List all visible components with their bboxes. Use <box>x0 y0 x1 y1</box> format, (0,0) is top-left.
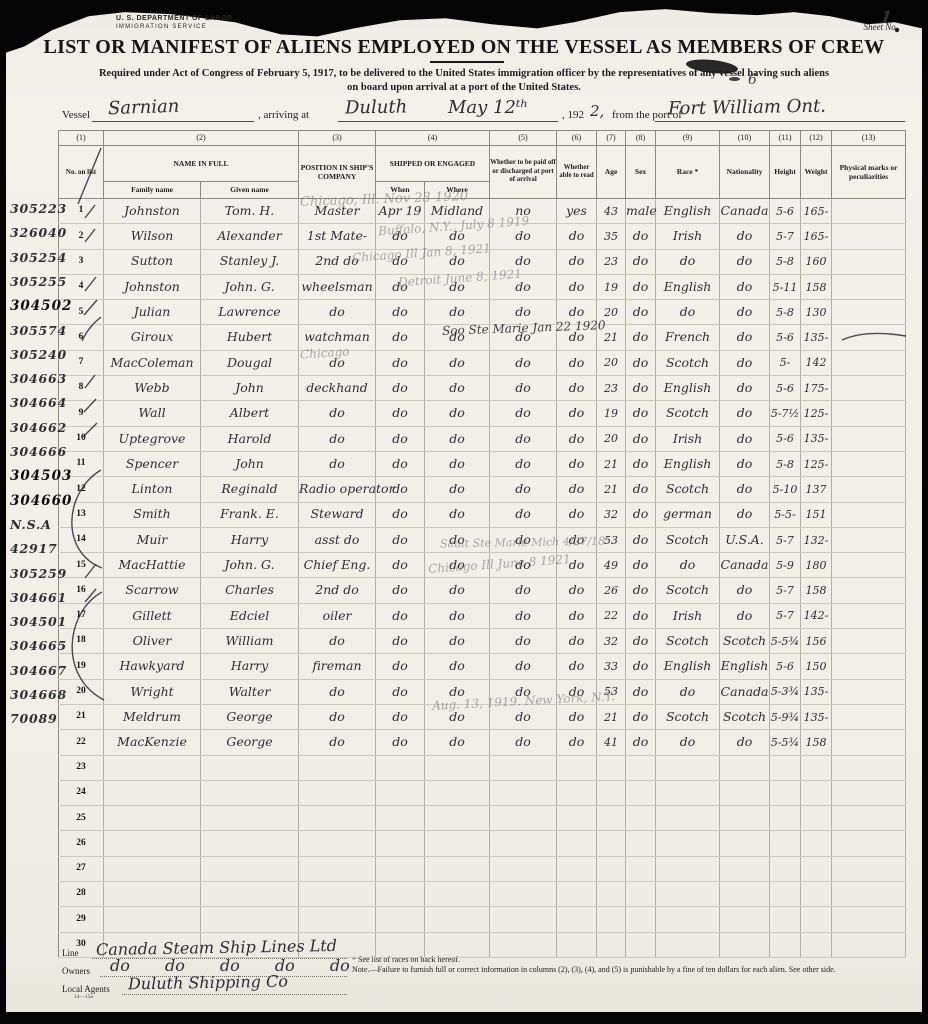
cell-sex: do <box>626 274 656 299</box>
arrival-port: Duluth <box>345 96 408 118</box>
cell-family: MacKenzie <box>104 730 201 755</box>
cell-weight <box>801 806 832 831</box>
cell-nationality: do <box>720 274 770 299</box>
table-row: 23 <box>59 755 906 780</box>
cell-given <box>201 780 299 805</box>
cell-weight: 125- <box>801 401 832 426</box>
cell-weight <box>801 856 832 881</box>
cell-height: 5-6 <box>770 325 801 350</box>
cell-no: 27 <box>59 856 104 881</box>
cell-position <box>299 806 376 831</box>
cell-nationality: U.S.A. <box>720 527 770 552</box>
table-row: 27 <box>59 856 906 881</box>
cell-when: do <box>376 578 425 603</box>
cell-race: german <box>656 502 720 527</box>
cell-weight: 151 <box>801 502 832 527</box>
cell-height: 5-3¾ <box>770 679 801 704</box>
margin-id: 305255 <box>10 274 56 289</box>
cell-age: 41 <box>597 730 626 755</box>
cell-read <box>557 907 597 932</box>
cell-height: 5-7½ <box>770 401 801 426</box>
cell-marks <box>832 325 906 350</box>
margin-id: 326040 <box>10 225 56 240</box>
cell-no: 24 <box>59 780 104 805</box>
cell-given: Dougal <box>201 350 299 375</box>
cell-when <box>376 755 425 780</box>
cell-sex: do <box>626 502 656 527</box>
cell-where: do <box>425 730 490 755</box>
cell-age: 33 <box>597 654 626 679</box>
cell-sex: do <box>626 401 656 426</box>
cell-height <box>770 907 801 932</box>
col-header-nationality: Nationality <box>720 146 770 199</box>
form-code: 14—15a <box>74 994 93 1000</box>
cell-race <box>656 780 720 805</box>
cell-sex <box>626 932 656 957</box>
cell-given: Alexander <box>201 224 299 249</box>
cell-marks <box>832 882 906 907</box>
cell-paid: do <box>490 578 557 603</box>
cell-where: do <box>425 451 490 476</box>
cell-family <box>104 856 201 881</box>
cell-marks <box>832 755 906 780</box>
cell-family: Linton <box>104 477 201 502</box>
agents-rule <box>122 993 347 995</box>
col-header-race: Race * <box>656 146 720 199</box>
cell-read <box>557 780 597 805</box>
cell-height: 5-5¾ <box>770 730 801 755</box>
cell-age: 20 <box>597 426 626 451</box>
cell-when: do <box>376 350 425 375</box>
margin-id: 42917 <box>10 541 56 556</box>
penalty-note: Note.—Failure to furnish full or correct… <box>352 965 836 976</box>
cell-sex: do <box>626 350 656 375</box>
cell-read: do <box>557 451 597 476</box>
margin-id: 304668 <box>10 687 56 702</box>
cell-read: do <box>557 426 597 451</box>
cell-when: do <box>376 426 425 451</box>
table-row: 7MacColemanDougaldododododo20doScotchdo5… <box>59 350 906 375</box>
cell-age <box>597 806 626 831</box>
cell-marks <box>832 679 906 704</box>
cell-age <box>597 780 626 805</box>
cell-sex: do <box>626 629 656 654</box>
cell-paid: do <box>490 654 557 679</box>
cell-marks <box>832 654 906 679</box>
cell-race <box>656 856 720 881</box>
cell-marks <box>832 553 906 578</box>
cell-sex: do <box>626 553 656 578</box>
col-num-9: (9) <box>656 131 720 146</box>
ink-smudge <box>729 77 740 81</box>
cell-position: oiler <box>299 603 376 628</box>
cell-nationality <box>720 907 770 932</box>
table-row: 17GillettEdcieloilerdodododo22doIrishdo5… <box>59 603 906 628</box>
cell-weight: 135- <box>801 679 832 704</box>
scanned-manifest-page: U. S. DEPARTMENT OF LABOR IMMIGRATION SE… <box>0 0 928 1024</box>
cell-nationality <box>720 932 770 957</box>
cell-sex <box>626 780 656 805</box>
cell-age: 35 <box>597 224 626 249</box>
cell-where <box>425 882 490 907</box>
cell-family: Wall <box>104 401 201 426</box>
owners-label: Owners <box>62 966 90 976</box>
cell-race: Scotch <box>656 401 720 426</box>
cell-family <box>104 831 201 856</box>
cell-weight <box>801 780 832 805</box>
cell-where: do <box>425 426 490 451</box>
cell-no: 28 <box>59 882 104 907</box>
cell-height: 5-8 <box>770 300 801 325</box>
cell-age: 21 <box>597 704 626 729</box>
cell-position: 1st Mate- <box>299 224 376 249</box>
cell-given: Harry <box>201 654 299 679</box>
cell-family: Julian <box>104 300 201 325</box>
cell-marks <box>832 527 906 552</box>
table-row: 22MacKenzieGeorgedododododo41dododo5-5¾1… <box>59 730 906 755</box>
cell-family <box>104 882 201 907</box>
cell-weight: 158 <box>801 578 832 603</box>
cell-sex: do <box>626 679 656 704</box>
page-title: LIST OR MANIFEST OF ALIENS EMPLOYED ON T… <box>0 36 928 59</box>
col-header-weight: Weight <box>801 146 832 199</box>
cell-marks <box>832 401 906 426</box>
col-header-name: NAME IN FULL <box>104 146 299 182</box>
cell-race: Scotch <box>656 704 720 729</box>
cell-where: do <box>425 376 490 401</box>
cell-weight: 165- <box>801 199 832 224</box>
cell-given: William <box>201 629 299 654</box>
cell-position: wheelsman <box>299 274 376 299</box>
cell-sex: male <box>626 199 656 224</box>
cell-marks <box>832 780 906 805</box>
cell-sex: do <box>626 527 656 552</box>
cell-height <box>770 831 801 856</box>
cell-when: do <box>376 401 425 426</box>
cell-when: do <box>376 376 425 401</box>
cell-age: 49 <box>597 553 626 578</box>
cell-marks <box>832 502 906 527</box>
cell-age: 20 <box>597 350 626 375</box>
margin-id: 304665 <box>10 638 56 653</box>
margin-id: 305223 <box>10 201 56 216</box>
cell-given: John <box>201 451 299 476</box>
cell-paid: do <box>490 401 557 426</box>
cell-no: 21 <box>59 704 104 729</box>
arrival-underline <box>338 121 558 122</box>
cell-family: Wright <box>104 679 201 704</box>
col-num-2: (2) <box>104 131 299 146</box>
cell-position: do <box>299 426 376 451</box>
dept-line2: IMMIGRATION SERVICE <box>116 24 233 32</box>
cell-age: 19 <box>597 274 626 299</box>
cell-height <box>770 806 801 831</box>
cell-position: Chief Eng. <box>299 553 376 578</box>
cell-height: 5-6 <box>770 376 801 401</box>
cell-when: do <box>376 502 425 527</box>
cell-paid: do <box>490 350 557 375</box>
table-row: 8WebbJohndeckhanddodododo23doEnglishdo5-… <box>59 376 906 401</box>
cell-sex: do <box>626 654 656 679</box>
cell-nationality: do <box>720 350 770 375</box>
cell-family <box>104 806 201 831</box>
margin-id: 304667 <box>10 663 56 678</box>
col-header-read: Whether able to read <box>557 146 597 199</box>
agents-value: Duluth Shipping Co <box>128 972 288 994</box>
cell-weight: 137 <box>801 477 832 502</box>
cell-height: 5-5¾ <box>770 629 801 654</box>
cell-nationality: Canada <box>720 679 770 704</box>
cell-paid: do <box>490 451 557 476</box>
origin-port: Fort William Ont. <box>668 96 826 120</box>
cell-height: 5-8 <box>770 249 801 274</box>
margin-id: 304662 <box>10 420 56 435</box>
cell-race: Scotch <box>656 629 720 654</box>
cell-read <box>557 856 597 881</box>
cell-paid: do <box>490 376 557 401</box>
cell-weight: 135- <box>801 325 832 350</box>
col-num-6: (6) <box>557 131 597 146</box>
cell-age <box>597 882 626 907</box>
vessel-label: Vessel <box>62 109 90 121</box>
cell-read: do <box>557 401 597 426</box>
cell-position: do <box>299 451 376 476</box>
cell-position <box>299 780 376 805</box>
cell-given: Charles <box>201 578 299 603</box>
cell-marks <box>832 350 906 375</box>
table-row: 10UptegroveHarolddododododo20doIrishdo5-… <box>59 426 906 451</box>
cell-family: Webb <box>104 376 201 401</box>
cell-height <box>770 780 801 805</box>
cell-age: 19 <box>597 401 626 426</box>
cell-sex: do <box>626 578 656 603</box>
cell-position: do <box>299 300 376 325</box>
cell-nationality: do <box>720 401 770 426</box>
cell-marks <box>832 477 906 502</box>
cell-height: 5-9¾ <box>770 704 801 729</box>
col-num-7: (7) <box>597 131 626 146</box>
margin-id: 304503 <box>10 468 56 484</box>
margin-id: 304501 <box>10 614 56 629</box>
cell-where <box>425 932 490 957</box>
dept-line1: U. S. DEPARTMENT OF LABOR <box>116 15 233 24</box>
col-num-10: (10) <box>720 131 770 146</box>
cell-weight: 142- <box>801 603 832 628</box>
cell-nationality: do <box>720 325 770 350</box>
col-num-5: (5) <box>490 131 557 146</box>
vessel-underline <box>92 121 254 122</box>
col-header-paid: Whether to be paid off or discharged at … <box>490 146 557 199</box>
cell-paid: do <box>490 629 557 654</box>
cell-weight: 160 <box>801 249 832 274</box>
cell-nationality: do <box>720 730 770 755</box>
col-num-1: (1) <box>59 131 104 146</box>
cell-family: Johnston <box>104 199 201 224</box>
col-header-marks: Physical marks or peculiarities <box>832 146 906 199</box>
cell-position: do <box>299 401 376 426</box>
cell-read <box>557 755 597 780</box>
cell-marks <box>832 603 906 628</box>
cell-weight <box>801 882 832 907</box>
cell-given: Tom. H. <box>201 199 299 224</box>
cell-given: Lawrence <box>201 300 299 325</box>
cell-age: 26 <box>597 578 626 603</box>
cell-family: Gillett <box>104 603 201 628</box>
table-row: 28 <box>59 882 906 907</box>
cell-where: do <box>425 603 490 628</box>
cell-height: 5-6 <box>770 426 801 451</box>
cell-marks <box>832 249 906 274</box>
cell-age <box>597 755 626 780</box>
cell-given: Edciel <box>201 603 299 628</box>
cell-when: do <box>376 325 425 350</box>
cell-read: do <box>557 502 597 527</box>
cell-nationality: English <box>720 654 770 679</box>
cell-marks <box>832 300 906 325</box>
cell-when: do <box>376 553 425 578</box>
cell-race: English <box>656 654 720 679</box>
cell-given: Harold <box>201 426 299 451</box>
cell-height <box>770 882 801 907</box>
cell-sex <box>626 856 656 881</box>
cell-race <box>656 755 720 780</box>
cell-nationality: do <box>720 603 770 628</box>
table-row: 5JulianLawrencedododododo20dododo5-8130 <box>59 300 906 325</box>
cell-given: John <box>201 376 299 401</box>
cell-race: Scotch <box>656 477 720 502</box>
cell-read: do <box>557 578 597 603</box>
cell-given <box>201 882 299 907</box>
cell-position: asst do <box>299 527 376 552</box>
cell-no: 26 <box>59 831 104 856</box>
cell-no: 29 <box>59 907 104 932</box>
cell-age: 21 <box>597 451 626 476</box>
port-underline <box>655 121 905 122</box>
cell-race: Scotch <box>656 350 720 375</box>
cell-family: Giroux <box>104 325 201 350</box>
cell-weight: 125- <box>801 451 832 476</box>
cell-position <box>299 755 376 780</box>
cell-height: 5-6 <box>770 654 801 679</box>
cell-position: deckhand <box>299 376 376 401</box>
cell-nationality: do <box>720 477 770 502</box>
cell-race: do <box>656 730 720 755</box>
cell-race <box>656 831 720 856</box>
cell-position: do <box>299 629 376 654</box>
cell-position <box>299 907 376 932</box>
cell-position: Steward <box>299 502 376 527</box>
cell-race <box>656 932 720 957</box>
cell-where <box>425 856 490 881</box>
cell-where <box>425 780 490 805</box>
cell-when: do <box>376 527 425 552</box>
cell-given: Hubert <box>201 325 299 350</box>
cell-marks <box>832 376 906 401</box>
year-label: , 192 <box>562 109 584 121</box>
cell-when: do <box>376 300 425 325</box>
cell-given: John. G. <box>201 553 299 578</box>
cell-sex <box>626 882 656 907</box>
cell-sex: do <box>626 426 656 451</box>
cell-race: Scotch <box>656 527 720 552</box>
cell-weight: 150 <box>801 654 832 679</box>
cell-nationality: Scotch <box>720 704 770 729</box>
table-row: 12LintonReginaldRadio operatordodododo21… <box>59 477 906 502</box>
cell-given: Stanley J. <box>201 249 299 274</box>
cell-where: do <box>425 502 490 527</box>
cell-sex: do <box>626 704 656 729</box>
cell-nationality: do <box>720 426 770 451</box>
cell-nationality: do <box>720 300 770 325</box>
cell-family: MacHattie <box>104 553 201 578</box>
cell-marks <box>832 224 906 249</box>
cell-height: 5-7 <box>770 603 801 628</box>
cell-sex: do <box>626 325 656 350</box>
table-row: 29 <box>59 907 906 932</box>
cell-where: do <box>425 654 490 679</box>
cell-marks <box>832 704 906 729</box>
col-num-8: (8) <box>626 131 656 146</box>
cell-sex: do <box>626 451 656 476</box>
cell-marks <box>832 730 906 755</box>
cell-age: 32 <box>597 629 626 654</box>
department-stamp: U. S. DEPARTMENT OF LABOR IMMIGRATION SE… <box>116 15 233 31</box>
cell-age: 23 <box>597 249 626 274</box>
cell-nationality: Canada <box>720 553 770 578</box>
cell-nationality: do <box>720 249 770 274</box>
margin-id: N.S.A <box>10 517 56 532</box>
cell-marks <box>832 907 906 932</box>
cell-position: do <box>299 730 376 755</box>
cell-height: 5- <box>770 350 801 375</box>
table-row: 19HawkyardHarryfiremandodododo33doEnglis… <box>59 654 906 679</box>
cell-race <box>656 882 720 907</box>
cell-given: George <box>201 730 299 755</box>
cell-race: Irish <box>656 224 720 249</box>
cell-family: Hawkyard <box>104 654 201 679</box>
cell-given: Walter <box>201 679 299 704</box>
cell-nationality <box>720 806 770 831</box>
cell-sex <box>626 806 656 831</box>
vessel-name: Sarnian <box>108 96 180 119</box>
cell-when: do <box>376 654 425 679</box>
cell-marks <box>832 856 906 881</box>
col-num-4: (4) <box>376 131 490 146</box>
cell-position: do <box>299 679 376 704</box>
cell-weight: 135- <box>801 704 832 729</box>
cell-read <box>557 831 597 856</box>
cell-position <box>299 856 376 881</box>
cell-paid <box>490 780 557 805</box>
cell-sex: do <box>626 730 656 755</box>
cell-nationality: do <box>720 502 770 527</box>
cell-where: do <box>425 578 490 603</box>
cell-paid: do <box>490 730 557 755</box>
cell-sex <box>626 831 656 856</box>
cell-read: do <box>557 376 597 401</box>
cell-family: Spencer <box>104 451 201 476</box>
agents-label: Local Agents <box>62 984 110 994</box>
cell-race: English <box>656 199 720 224</box>
cell-race: English <box>656 376 720 401</box>
cell-read: do <box>557 730 597 755</box>
cell-where <box>425 907 490 932</box>
cell-age <box>597 856 626 881</box>
subtitle-line1: Required under Act of Congress of Februa… <box>0 68 928 79</box>
cell-when: do <box>376 730 425 755</box>
cell-paid <box>490 882 557 907</box>
cell-height <box>770 755 801 780</box>
